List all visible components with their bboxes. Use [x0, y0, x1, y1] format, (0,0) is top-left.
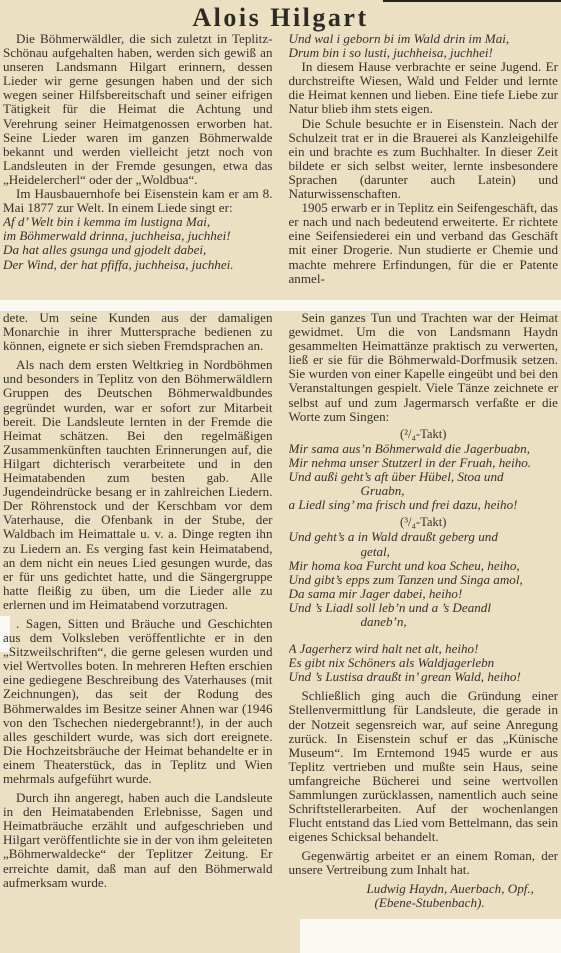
paragraph-boehmerwaldbund: Als nach dem ersten Weltkrieg in Nordböh…	[3, 358, 273, 612]
signature-line-author: Ludwig Haydn, Auerbach, Opf.,	[367, 882, 559, 896]
verse-line: Und außi geht’s aft über Hübel, Stoa und	[289, 470, 559, 484]
paragraph-business: 1905 erwarb er in Teplitz ein Seifengesc…	[289, 201, 559, 286]
author-signature: Ludwig Haydn, Auerbach, Opf., (Ebene-Stu…	[289, 882, 559, 910]
column-left-strip1: Die Böhmerwäldler, die sich zuletzt in T…	[3, 32, 273, 300]
scan-strip-1: Die Böhmerwäldler, die sich zuletzt in T…	[0, 32, 561, 300]
verse-line: Es gibt nix Schöners als Waldjagerlebn	[289, 656, 559, 670]
verse-line: Da sama mir Jager dabei, heiho!	[289, 587, 559, 601]
verse-line: Und ’s Lustisa draußt in’ grean Wald, he…	[289, 670, 559, 684]
page-title: Alois Hilgart	[0, 0, 561, 32]
signature-line-place: (Ebene-Stubenbach).	[367, 896, 559, 910]
verse-line: Und ’s Liadl soll leb’n und a ’s Deandl	[289, 601, 559, 615]
paragraph-languages: dete. Um seine Kunden aus der damaligen …	[3, 311, 273, 353]
verse-line-continuation: getal,	[361, 545, 559, 559]
paragraph-teplitzer-zeitung: Durch ihn angeregt, haben auch die Lands…	[3, 791, 273, 890]
verse-line-continuation: Gruabn,	[361, 484, 559, 498]
verse-line: Drum bin i so lusti, juchheisa, juchhei!	[289, 46, 559, 60]
paragraph-sitzweilschriften: . Sagen, Sitten und Bräuche und Geschich…	[3, 617, 273, 786]
song-verse-jagermarsch-2: Und geht’s a in Wald draußt geberg und g…	[289, 530, 559, 629]
top-right-rule	[383, 0, 561, 2]
paragraph-roman: Gegenwärtig arbeitet er an einem Roman, …	[289, 849, 559, 877]
song-verse-jagermarsch-3: A Jagerherz wird halt net alt, heiho! Es…	[289, 642, 559, 684]
verse-line: Mir homa koa Furcht und koa Scheu, heiho…	[289, 559, 559, 573]
takt-label-2-4: (²/₄-Takt)	[289, 427, 559, 441]
verse-line: a Liedl sing’ ma frisch und frei dazu, h…	[289, 498, 559, 512]
paragraph-intro: Die Böhmerwäldler, die sich zuletzt in T…	[3, 32, 273, 187]
paragraph-heimattaenze: Sein ganzes Tun und Trachten war der Hei…	[289, 311, 559, 424]
verse-line-continuation: daneb’n,	[361, 615, 559, 629]
verse-line: Und geht’s a in Wald draußt geberg und	[289, 530, 559, 544]
song-verse-birth-continued: Und wal i geborn bi im Wald drin im Mai,…	[289, 32, 559, 60]
verse-line: Da hat alles gsunga und gjodelt dabei,	[3, 243, 273, 257]
paragraph-school: Die Schule besuchte er in Eisenstein. Na…	[289, 117, 559, 202]
verse-line: Mir nehma unser Stutzerl in der Fruah, h…	[289, 456, 559, 470]
scanned-document-page: Alois Hilgart Die Böhmerwäldler, die sic…	[0, 0, 561, 953]
scan-white-patch-bottom-right	[300, 919, 561, 953]
song-verse-jagermarsch-1: Mir sama aus’n Böhmerwald die Jagerbuabn…	[289, 442, 559, 512]
verse-line: Und gibt’s epps zum Tanzen und Singa amo…	[289, 573, 559, 587]
verse-line: Af d’ Welt bin i kemma im lustigna Mai,	[3, 215, 273, 229]
song-verse-birth: Af d’ Welt bin i kemma im lustigna Mai, …	[3, 215, 273, 271]
column-right-strip1: Und wal i geborn bi im Wald drin im Mai,…	[289, 32, 559, 300]
verse-line: im Böhmerwald drinna, juchheisa, juchhei…	[3, 229, 273, 243]
verse-line: Mir sama aus’n Böhmerwald die Jagerbuabn…	[289, 442, 559, 456]
paragraph-youth: In diesem Hause verbrachte er seine Juge…	[289, 60, 559, 116]
verse-line: Der Wind, der hat pfiffa, juchheisa, juc…	[3, 258, 273, 272]
verse-line: Und wal i geborn bi im Wald drin im Mai,	[289, 32, 559, 46]
verse-line: A Jagerherz wird halt net alt, heiho!	[289, 642, 559, 656]
column-right-strip2: Sein ganzes Tun und Trachten war der Hei…	[289, 311, 559, 910]
paragraph-birth: Im Hausbauernhofe bei Eisenstein kam er …	[3, 187, 273, 215]
paragraph-museum-vertreibung: Schließlich ging auch die Gründung einer…	[289, 689, 559, 844]
column-left-strip2: dete. Um seine Kunden aus der damaligen …	[3, 311, 273, 910]
scan-strip-2: dete. Um seine Kunden aus der damaligen …	[0, 311, 561, 910]
takt-label-3-4: (³/₄-Takt)	[289, 515, 559, 529]
